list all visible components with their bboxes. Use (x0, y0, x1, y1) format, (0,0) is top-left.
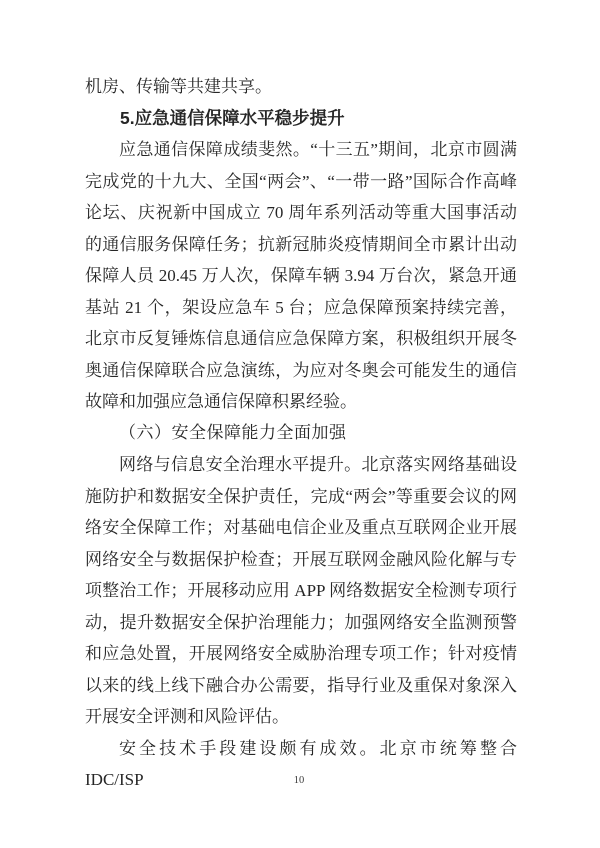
page-number: 10 (0, 775, 598, 786)
document-page: 机房、传输等共建共享。5.应急通信保障水平稳步提升应急通信保障成绩斐然。“十三五… (0, 0, 600, 848)
paragraph: 机房、传输等共建共享。 (85, 71, 517, 103)
document-body: 机房、传输等共建共享。5.应急通信保障水平稳步提升应急通信保障成绩斐然。“十三五… (85, 71, 517, 796)
paragraph: 网络与信息安全治理水平提升。北京落实网络基础设施防护和数据安全保护责任，完成“两… (85, 449, 517, 733)
section-heading: 5.应急通信保障水平稳步提升 (85, 103, 517, 135)
section-heading: （六）安全保障能力全面加强 (85, 418, 517, 450)
paragraph: 安全技术手段建设颇有成效。北京市统筹整合 IDC/ISP (85, 733, 517, 796)
paragraph: 应急通信保障成绩斐然。“十三五”期间，北京市圆满完成党的十九大、全国“两会”、“… (85, 134, 517, 418)
